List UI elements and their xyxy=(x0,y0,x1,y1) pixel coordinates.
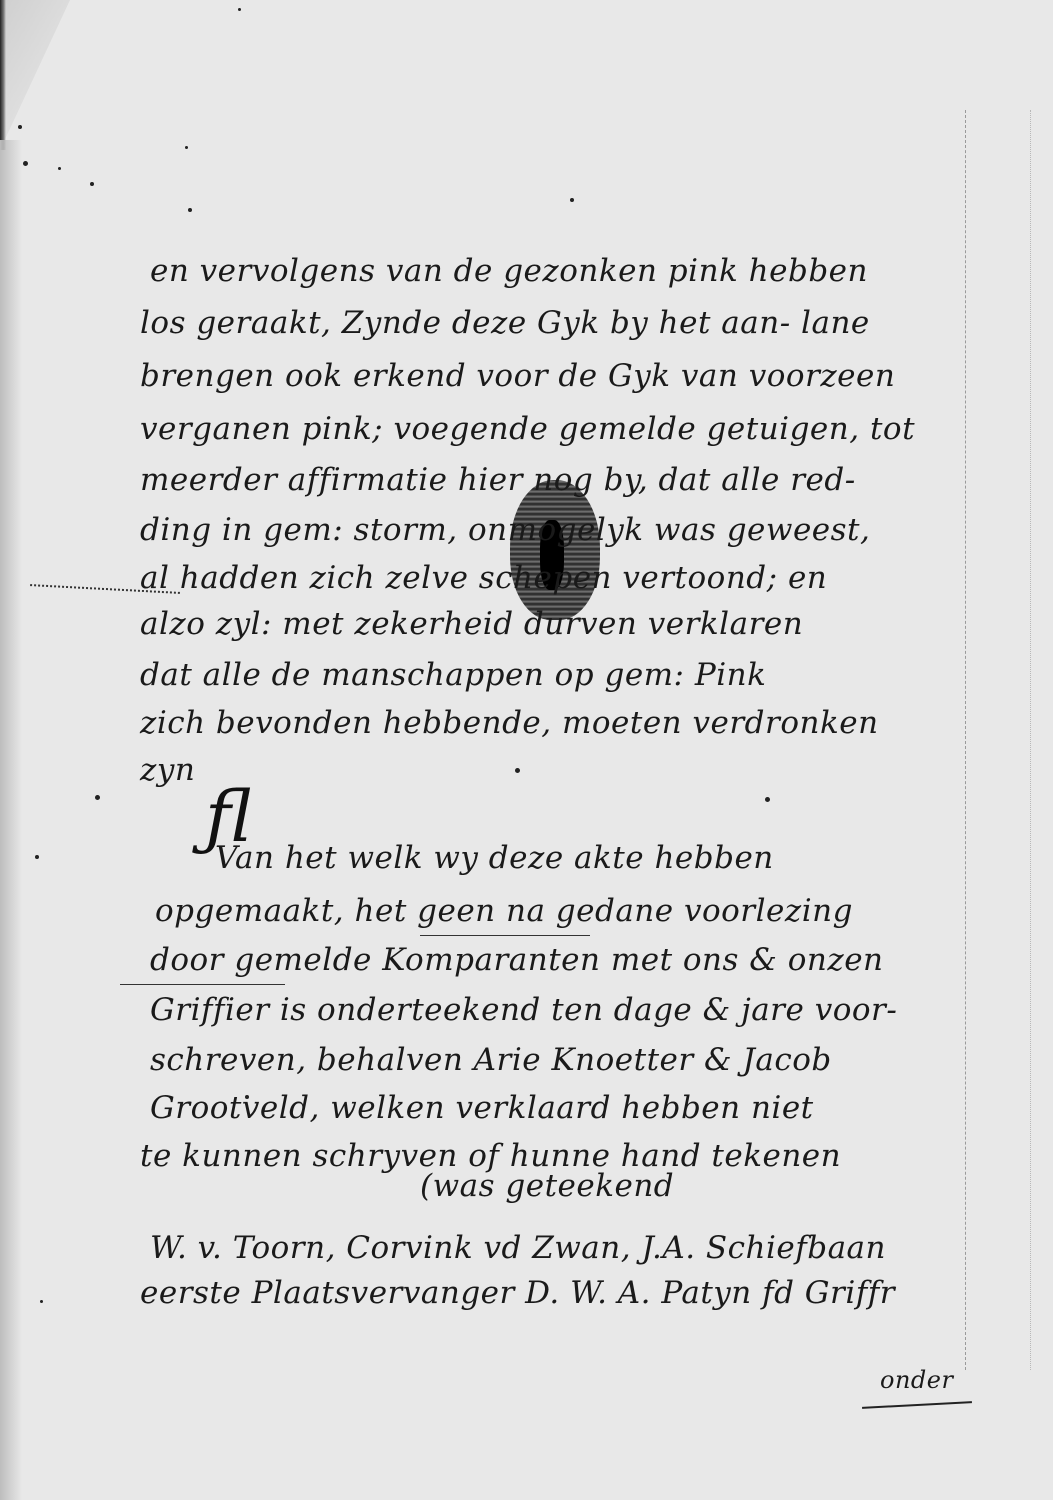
body-line-10: zich bevonden hebbende, moeten verdronke… xyxy=(140,705,879,741)
ink-speck xyxy=(18,125,22,129)
body-line-5: meerder affirmatie hier nog by, dat alle… xyxy=(140,462,856,498)
body-line-11: zyn xyxy=(140,752,195,788)
body-line-6: ding in gem: storm, onmogelyk was gewees… xyxy=(140,512,870,548)
underline-na-gedane xyxy=(420,935,590,936)
body-line-2: los geraakt, Zynde deze Gyk by het aan- … xyxy=(140,305,870,341)
body-line-3: brengen ook erkend voor de Gyk van voorz… xyxy=(140,358,895,394)
ink-speck xyxy=(90,182,94,186)
closing-line-1: Van het welk wy deze akte hebben xyxy=(215,840,774,876)
ink-speck xyxy=(35,855,39,859)
signed-note: (was geteekend xyxy=(420,1168,674,1204)
scanned-document-page: en vervolgens van de gezonken pink hebbe… xyxy=(0,0,1053,1500)
catchword: onder xyxy=(880,1366,953,1394)
signature-line-2: eerste Plaatsvervanger D. W. A. Patyn fd… xyxy=(140,1275,895,1311)
body-line-1: en vervolgens van de gezonken pink hebbe… xyxy=(150,253,868,289)
closing-line-6: Grootveld, welken verklaard hebben niet xyxy=(150,1090,814,1126)
ink-speck xyxy=(188,208,192,212)
closing-line-3: door gemelde Komparanten met ons & onzen xyxy=(150,942,884,978)
closing-line-5: schreven, behalven Arie Knoetter & Jacob xyxy=(150,1042,832,1078)
ink-speck xyxy=(95,795,100,800)
ink-speck xyxy=(58,167,61,170)
margin-rule-outer xyxy=(1030,110,1031,1370)
catchword-underline xyxy=(862,1401,972,1409)
ink-speck xyxy=(765,797,770,802)
body-line-7: al hadden zich zelve schepen vertoond; e… xyxy=(140,560,827,596)
signature-line-1: W. v. Toorn, Corvink vd Zwan, J.A. Schie… xyxy=(150,1230,886,1266)
underline-gemelde xyxy=(120,984,285,985)
ink-speck xyxy=(515,768,520,773)
body-line-4: verganen pink; voegende gemelde getuigen… xyxy=(140,411,915,447)
ink-speck xyxy=(238,8,241,11)
page-edge-shadow xyxy=(0,140,22,1500)
ink-speck xyxy=(40,1300,43,1303)
ink-speck xyxy=(185,146,188,149)
closing-line-4: Griffier is onderteekend ten dage & jare… xyxy=(150,992,897,1028)
closing-line-2: opgemaakt, het geen na gedane voorlezing xyxy=(155,893,853,929)
ink-speck xyxy=(570,198,574,202)
folded-corner xyxy=(0,0,70,150)
ink-speck xyxy=(23,161,28,166)
folded-corner-edge xyxy=(0,0,6,150)
body-line-8: alzo zyl: met zekerheid durven verklaren xyxy=(140,606,803,642)
margin-rule xyxy=(965,110,966,1370)
body-line-9: dat alle de manschappen op gem: Pink xyxy=(140,657,766,693)
